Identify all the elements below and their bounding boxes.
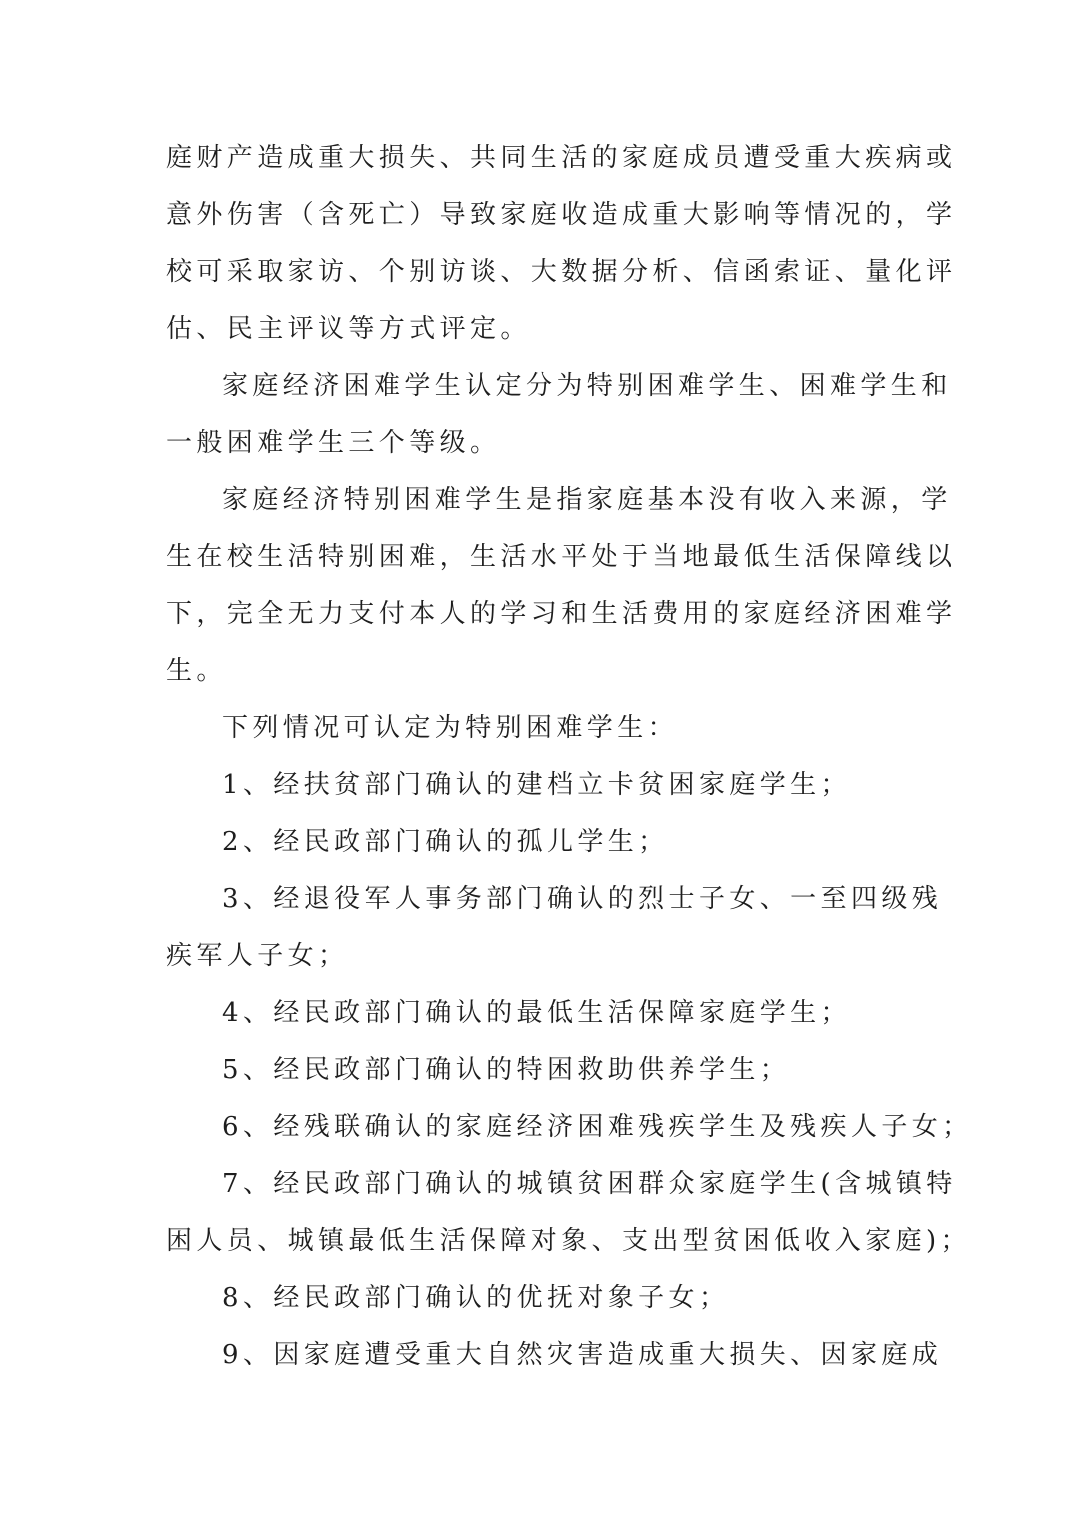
paragraph-line: 家庭经济困难学生认定分为特别困难学生、困难学生和	[222, 366, 982, 406]
list-item: 8、经民政部门确认的优抚对象子女；	[222, 1278, 982, 1318]
paragraph-line: 家庭经济特别困难学生是指家庭基本没有收入来源，学	[222, 480, 982, 520]
paragraph-line: 意外伤害（含死亡）导致家庭收造成重大影响等情况的，学	[166, 195, 926, 235]
paragraph-line: 一般困难学生三个等级。	[166, 423, 926, 463]
list-item: 4、经民政部门确认的最低生活保障家庭学生；	[222, 993, 982, 1033]
list-item: 6、经残联确认的家庭经济困难残疾学生及残疾人子女；	[222, 1107, 982, 1147]
paragraph-line: 校可采取家访、个别访谈、大数据分析、信函索证、量化评	[166, 252, 926, 292]
list-heading: 下列情况可认定为特别困难学生：	[222, 708, 982, 748]
list-item: 1、经扶贫部门确认的建档立卡贫困家庭学生；	[222, 765, 982, 805]
list-item: 5、经民政部门确认的特困救助供养学生；	[222, 1050, 982, 1090]
document-page: 庭财产造成重大损失、共同生活的家庭成员遭受重大疾病或 意外伤害（含死亡）导致家庭…	[0, 0, 1079, 1526]
list-item: 9、因家庭遭受重大自然灾害造成重大损失、因家庭成	[222, 1335, 982, 1375]
list-item-continuation: 困人员、城镇最低生活保障对象、支出型贫困低收入家庭)；	[166, 1221, 926, 1261]
list-item: 2、经民政部门确认的孤儿学生；	[222, 822, 982, 862]
list-item-continuation: 疾军人子女；	[166, 936, 926, 976]
paragraph-line: 估、民主评议等方式评定。	[166, 309, 926, 349]
list-item: 3、经退役军人事务部门确认的烈士子女、一至四级残	[222, 879, 982, 919]
paragraph-line: 庭财产造成重大损失、共同生活的家庭成员遭受重大疾病或	[166, 138, 926, 178]
paragraph-line: 生在校生活特别困难，生活水平处于当地最低生活保障线以	[166, 537, 926, 577]
list-item: 7、经民政部门确认的城镇贫困群众家庭学生(含城镇特	[222, 1164, 982, 1204]
paragraph-line: 生。	[166, 651, 926, 691]
paragraph-line: 下，完全无力支付本人的学习和生活费用的家庭经济困难学	[166, 594, 926, 634]
